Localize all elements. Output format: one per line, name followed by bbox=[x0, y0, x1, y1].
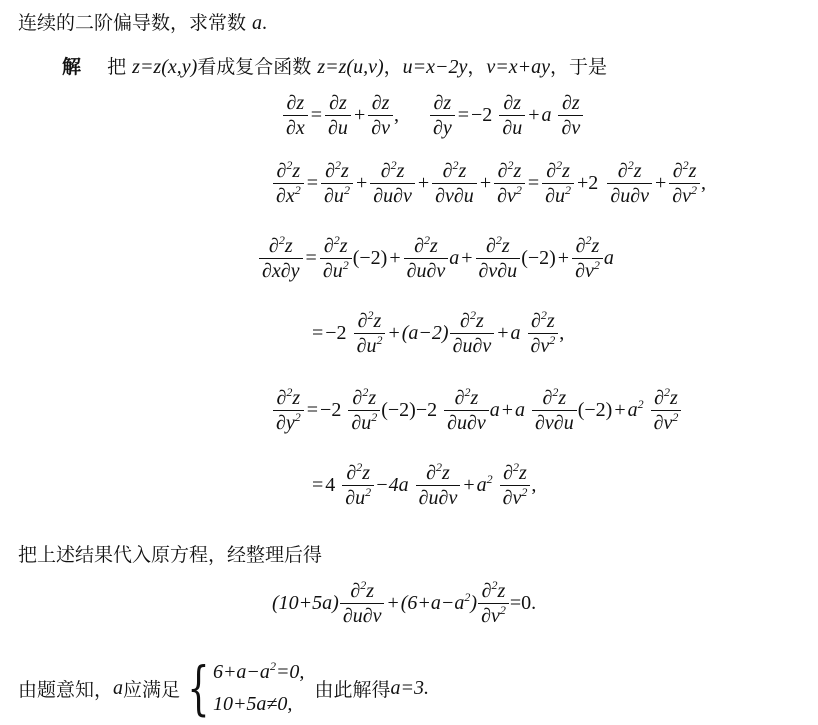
fraction: ∂z∂v bbox=[558, 92, 583, 139]
fraction: ∂z∂y bbox=[430, 92, 455, 139]
conclusion-var: a bbox=[113, 677, 123, 700]
solution-intro: 解 把 z=z(x,y)看成复合函数 z=z(u,v)，u=x−2y，v=x+a… bbox=[62, 52, 607, 79]
conclusion-text-1: 由题意知， bbox=[18, 675, 113, 702]
intro-text-5: ，于是 bbox=[550, 56, 607, 78]
intro-math-2: z=z(u,v) bbox=[317, 56, 383, 78]
intro-text-4: ， bbox=[467, 56, 486, 78]
conclusion-text-2: 应满足 bbox=[123, 675, 180, 702]
fraction: ∂z∂u bbox=[499, 92, 525, 139]
intro-text-1: 把 bbox=[107, 56, 132, 78]
equation-d2z-dxdy-simplified: =−2 ∂2z∂u2 +(a−2) ∂2z∂u∂v +a ∂2z∂v2 , bbox=[310, 310, 564, 357]
solution-label: 解 bbox=[62, 56, 81, 78]
intro-math-3: u=x−2y bbox=[403, 56, 468, 78]
intro-math-1: z=z(x,y) bbox=[132, 56, 197, 78]
intro-text-2: 看成复合函数 bbox=[197, 56, 317, 78]
equation-d2z-dy2-simplified: =4 ∂2z∂u2 −4a ∂2z∂u∂v +a2 ∂2z∂v2 , bbox=[310, 462, 536, 509]
conclusion: 由题意知， a 应满足 { 6+a−a2=0, 10+5a≠0, 由此解得 a=… bbox=[18, 656, 429, 720]
left-brace: { bbox=[187, 659, 209, 717]
problem-var: a bbox=[252, 12, 262, 34]
equation-d2z-dy2: ∂2z∂y2 =−2 ∂2z∂u2 (−2) −2 ∂2z∂u∂va +a ∂2… bbox=[272, 387, 682, 434]
substitute-text: 把上述结果代入原方程，经整理后得 bbox=[18, 540, 322, 567]
problem-tail: 连续的二阶偏导数，求常数 a. bbox=[18, 8, 267, 35]
equation-d2z-dx2: ∂2z∂x2 = ∂2z∂u2 + ∂2z∂u∂v + ∂2z∂v∂u + ∂2… bbox=[272, 160, 706, 207]
problem-period: . bbox=[262, 12, 267, 34]
fraction: ∂z∂v bbox=[368, 92, 393, 139]
problem-text: 连续的二阶偏导数，求常数 bbox=[18, 12, 252, 34]
fraction: ∂z∂x bbox=[283, 92, 308, 139]
fraction: ∂z∂u bbox=[325, 92, 351, 139]
equation-result: (10+5a) ∂2z∂u∂v +(6+a−a2) ∂2z∂v2 =0. bbox=[272, 580, 536, 627]
cases-system: { 6+a−a2=0, 10+5a≠0, bbox=[180, 656, 304, 720]
substitute-sentence: 把上述结果代入原方程，经整理后得 bbox=[18, 544, 322, 566]
answer: a=3. bbox=[390, 677, 429, 700]
conclusion-text-3: 由此解得 bbox=[314, 675, 390, 702]
case-2: 10+5a≠0, bbox=[213, 688, 305, 720]
equation-first-order: ∂z∂x = ∂z∂u + ∂z∂v , ∂z∂y =−2 ∂z∂u +a ∂z… bbox=[282, 92, 584, 139]
intro-math-4: v=x+ay bbox=[486, 56, 550, 78]
case-1: 6+a−a2=0, bbox=[213, 656, 305, 688]
equation-d2z-dxdy: ∂2z∂x∂y = ∂2z∂u2 (−2) + ∂2z∂u∂va + ∂2z∂v… bbox=[258, 235, 614, 282]
intro-text-3: ， bbox=[384, 56, 403, 78]
